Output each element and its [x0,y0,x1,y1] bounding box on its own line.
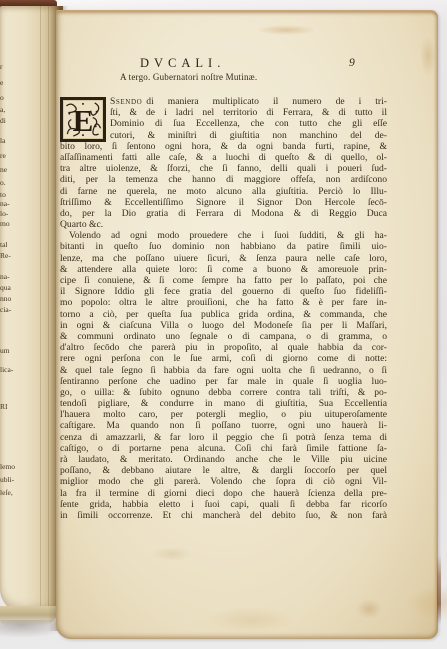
text-line: di farne ne querela, ne moto alcuno alla… [60,186,387,197]
text-line: caſtigare. Ma quando non ſi poſſano tuor… [60,420,387,431]
text-line: do, per la Dio gratia di Ferrara di Modo… [60,208,387,219]
text-line: la fra il termine di giorni dieci dopo c… [60,488,387,499]
text-line: ſtriſſimo & Eccellentiſſimo Signore il S… [60,197,387,208]
page-number: 9 [349,57,355,69]
text-line: diti, per la temenza che hanno di maggio… [60,174,387,185]
text-line: & quel tale ſegno ſi habbia da fare ogni… [60,365,387,376]
stain [152,547,192,561]
page-edge-line [40,6,41,613]
lead-word: Ssendo [110,96,142,107]
text-line: caſtigo, o di portarne pena alcuna. Coſi… [60,443,387,454]
text-line: ſente grida, habbia eletto i ſuoi capi, … [60,499,387,510]
text-line: lenze, ma che poſſano uiuere ſicuri, & ſ… [60,253,387,264]
text-line: rà laudato, & meritato. Ordinando anche … [60,454,387,465]
text-line: ſentiranno perſone che uadino per far ma… [60,376,387,387]
book-page: DVCALI. 9 A tergo. Gubernatori noſtre Mu… [56,10,438,639]
drop-cap-woodcut: E [60,97,106,142]
drop-cap-letter: E [63,102,103,141]
text-line: cenza di amazzarli, & far loro il peggio… [60,432,387,443]
running-title: A tergo. Gubernatori noſtre Mutinæ. [120,72,257,82]
text-line: miglior modo che gli parerà. Volendo che… [60,476,387,487]
text-line: go, o uilla: & ſubito ognuno debba corre… [60,387,387,398]
text-line: cipe ſi conuiene, & ſi come ſempre ha fa… [60,275,387,286]
text-line: bito loro, ſi ſentono ogni hora, & da og… [60,141,387,152]
text-line: tra altre uiolenze, & ſforzi, che ſi fan… [60,163,387,174]
text-line: mo popolo: oltra le altre prouiſioni, ch… [60,297,387,308]
first-line-rest: di maniera multiplicato il numero de i t… [146,96,387,107]
text-line: aſſaſſinamenti fatti alle caſe, & a luoc… [60,152,387,163]
text-line: ſti, & de i ladri nel territorio di Ferr… [110,107,387,118]
text-line: in ogni & ciaſcuna Villa o luogo del Mod… [60,320,387,331]
text-line: Dominio di ſua Eccellenza, che con tutto… [110,118,387,129]
book-photo: DVCALI. 9 A tergo. Gubernatori noſtre Mu… [0,0,447,649]
text-line: bitanti in queſto ſuo dominio non habbia… [60,241,387,252]
stain [206,607,296,633]
page-title: DVCALI. [140,56,225,71]
text-line: poſſano, & debbano aiutare le altre, & d… [60,465,387,476]
text-line: & attendere alla quiete loro: ſi come a … [60,264,387,275]
text-line: il Signore Iddio gli fece gratia del gou… [60,286,387,297]
underlying-page-edges [437,555,441,625]
text-line: torno a ciò, per queſta ſua publica grid… [60,309,387,320]
text-line: d'altro ſecōdo che parerà piu in propoſi… [60,342,387,353]
text-line: rere ogni perſona con le ſue armi, coſi … [60,353,387,364]
text-block: E Ssendodi maniera multiplicato il numer… [60,96,387,521]
stain [256,25,316,35]
text-line: & communi ordinato uno ſegnale o di camp… [60,331,387,342]
stain [356,599,382,619]
text-line: in ſimili occorrenze. Et chi mancherà de… [60,510,387,521]
text-line: cutori, & miniſtri di giuſtitia non manc… [110,130,387,141]
text-line: Quarto &c. [60,219,387,230]
text-line: Volendo ad ogni modo prouedere che i ſuo… [60,230,387,241]
text-line-first: Ssendodi maniera multiplicato il numero … [110,96,387,107]
text-line: l'hauera molto caro, per potergli meglio… [60,409,387,420]
text-line: tendoſi pigliare, & condurre in mano di … [60,398,387,409]
